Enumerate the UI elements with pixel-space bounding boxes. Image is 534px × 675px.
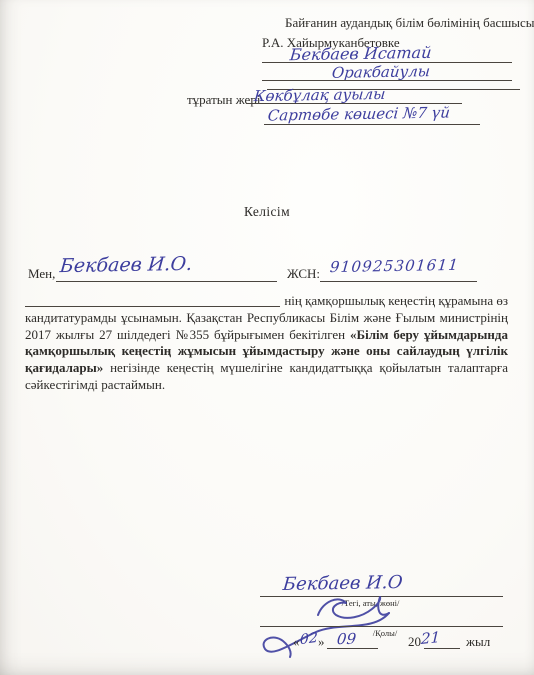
signature-name-caption: /Тегі, аты, жөні/ xyxy=(258,598,483,608)
blank-underline-residence-2 xyxy=(264,124,480,125)
handwritten-fullname: Бекбаев И.О. xyxy=(59,253,193,277)
date-year-prefix: 20 xyxy=(408,634,421,650)
blank-underline-fullname xyxy=(56,281,277,282)
consent-paragraph: нің қамқоршылық кеңестің құрамына өз кан… xyxy=(25,293,508,394)
scanned-consent-form: Байғанин аудандық білім бөлімінің басшыс… xyxy=(0,0,534,675)
date-quote-close: » xyxy=(318,634,325,650)
iin-label: ЖСН: xyxy=(287,266,320,282)
recipient-line-1: Байғанин аудандық білім бөлімінің басшыс… xyxy=(285,15,534,31)
handwritten-residence-line-2: Сартөбе көшесі №7 үй xyxy=(267,103,451,124)
date-year-line xyxy=(424,648,460,649)
blank-underline-iin xyxy=(320,281,477,282)
paragraph-first-line-text: нің қамқоршылық кеңестің құрамына өз xyxy=(284,293,508,310)
year-word: жыл xyxy=(466,634,490,650)
document-title: Келісім xyxy=(0,204,534,220)
date-quote-open: « xyxy=(293,634,300,650)
blank-underline-patronymic xyxy=(262,80,512,81)
signature-name-line xyxy=(260,596,503,597)
handwritten-applicant-patronymic: Оракбайулы xyxy=(331,62,431,82)
signature-handwritten-name: Бекбаев И.О xyxy=(282,572,403,595)
handwritten-iin: 910925301611 xyxy=(329,256,460,276)
handwritten-applicant-name: Бекбаев Исатай xyxy=(289,43,432,64)
handwritten-date-day: 02 xyxy=(300,630,318,648)
blank-underline-organization xyxy=(25,306,280,307)
date-month-line xyxy=(327,648,378,649)
handwritten-date-year: 21 xyxy=(421,628,441,648)
residence-label: тұратын жері xyxy=(187,92,260,108)
me-label: Мен, xyxy=(28,266,55,282)
signature-sign-line xyxy=(260,626,503,627)
paragraph-body: кандитатурамды ұсынамын. Қазақстан Респу… xyxy=(25,310,508,394)
paragraph-first-line: нің қамқоршылық кеңестің құрамына өз xyxy=(25,293,508,310)
handwritten-date-month: 09 xyxy=(336,630,357,648)
